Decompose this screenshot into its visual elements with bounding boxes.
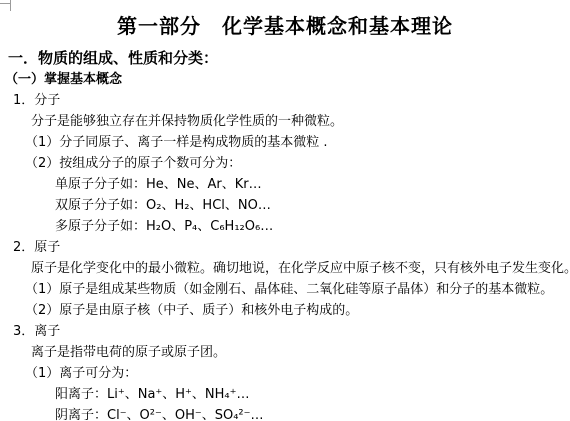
- monatomic-molecule-examples: 单原子分子如：He、Ne、Ar、Kr…: [0, 174, 570, 195]
- anion-examples: 阴离子：Cl⁻、O²⁻、OH⁻、SO₄²⁻…: [0, 405, 570, 421]
- molecule-point-1: （1）分子同原子、离子一样是构成物质的基本微粒 .: [0, 132, 570, 153]
- document-title: 第一部分 化学基本概念和基本理论: [0, 12, 570, 41]
- document-page: 第一部分 化学基本概念和基本理论 一．物质的组成、性质和分类： （一）掌握基本概…: [0, 0, 570, 421]
- atom-point-2: （2）原子是由原子核（中子、质子）和核外电子构成的。: [0, 300, 570, 321]
- item-1-molecule: 1．分子: [0, 90, 570, 111]
- item-3-ion: 3．离子: [0, 321, 570, 342]
- item-2-atom: 2．原子: [0, 237, 570, 258]
- molecule-definition: 分子是能够独立存在并保持物质化学性质的一种微粒。: [0, 111, 570, 132]
- page-margin-corner-mark: [0, 0, 14, 14]
- ion-definition: 离子是指带电荷的原子或原子团。: [0, 342, 570, 363]
- subsection-heading: （一）掌握基本概念: [0, 69, 570, 90]
- section-heading: 一．物质的组成、性质和分类：: [0, 48, 570, 69]
- atom-point-1: （1）原子是组成某些物质（如金刚石、晶体硅、二氧化硅等原子晶体）和分子的基本微粒…: [0, 279, 570, 300]
- molecule-point-2: （2）按组成分子的原子个数可分为：: [0, 153, 570, 174]
- cation-examples: 阳离子：Li⁺、Na⁺、H⁺、NH₄⁺…: [0, 384, 570, 405]
- polyatomic-molecule-examples: 多原子分子如：H₂O、P₄、C₆H₁₂O₆…: [0, 216, 570, 237]
- atom-definition: 原子是化学变化中的最小微粒。确切地说，在化学反应中原子核不变，只有核外电子发生变…: [0, 258, 570, 279]
- diatomic-molecule-examples: 双原子分子如：O₂、H₂、HCl、NO…: [0, 195, 570, 216]
- ion-point-1: （1）离子可分为：: [0, 363, 570, 384]
- crop-mark-vertical: [10, 0, 11, 11]
